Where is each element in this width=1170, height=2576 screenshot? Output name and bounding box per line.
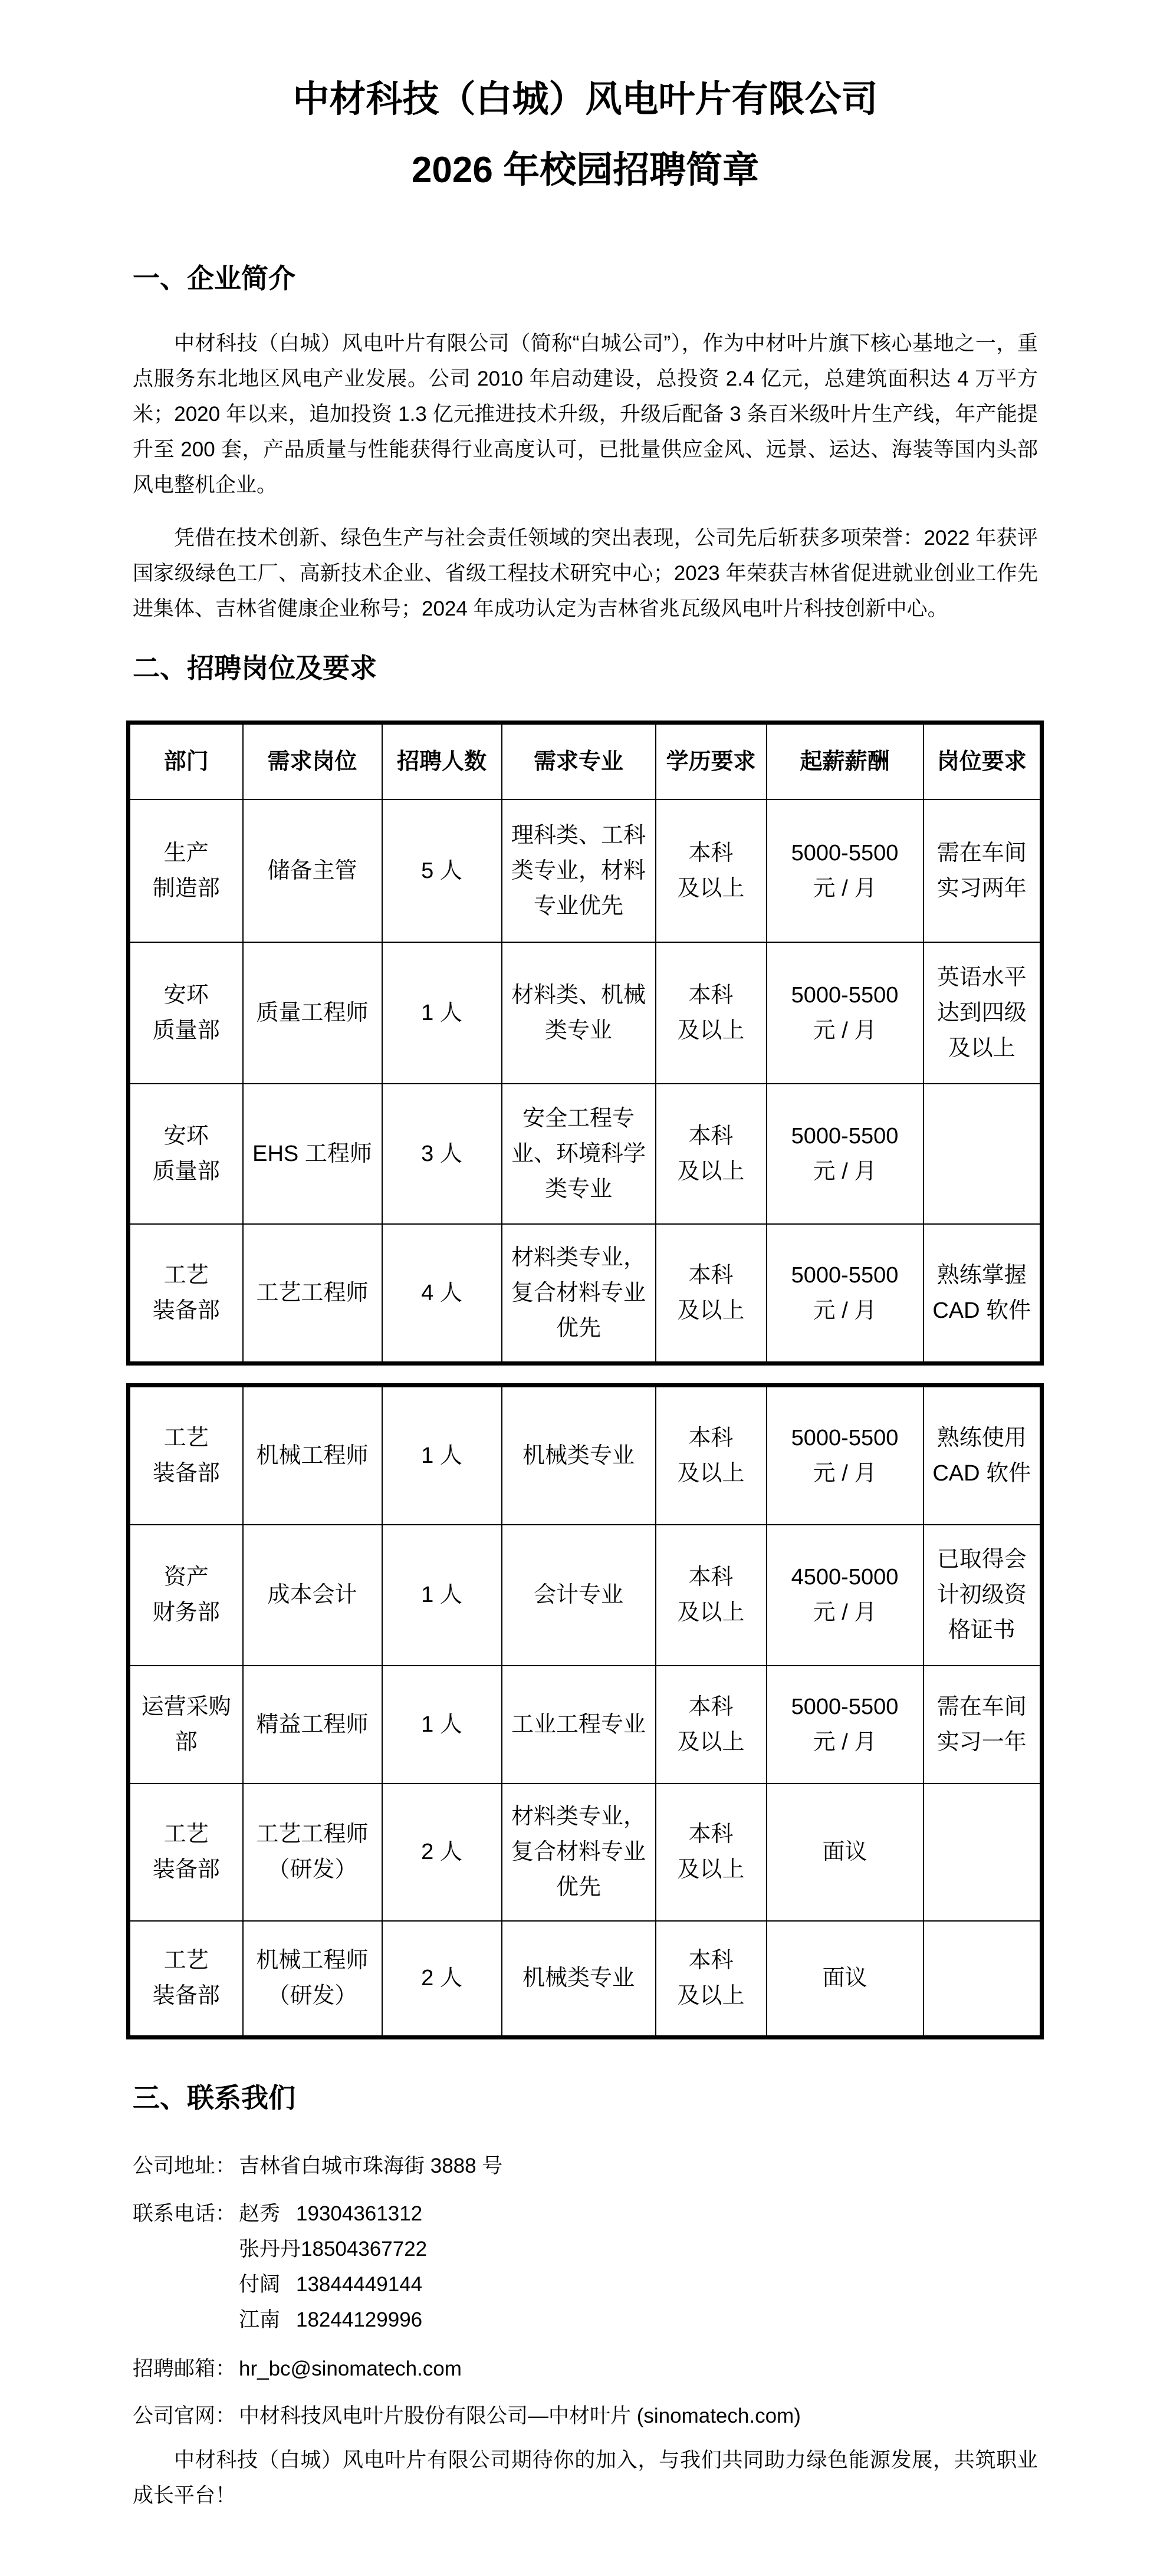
cell-headcount: 5 人 xyxy=(382,800,502,942)
job-row-quality-engineer: 安环 质量部 质量工程师 1 人 材料类、机械类专业 本科 及以上 5000-5… xyxy=(129,942,1042,1084)
contact-phone-number: 18504367722 xyxy=(301,2232,427,2267)
cell-department: 安环 质量部 xyxy=(129,1084,243,1224)
cell-education: 本科 及以上 xyxy=(656,800,767,942)
header-cell-department: 部门 xyxy=(129,723,243,800)
cell-headcount: 3 人 xyxy=(382,1084,502,1224)
cell-education: 本科 及以上 xyxy=(656,1921,767,2038)
phone-label-spacer xyxy=(133,2267,239,2302)
closing-paragraph: 中材科技（白城）风电叶片有限公司期待你的加入，与我们共同助力绿色能源发展，共筑职… xyxy=(133,2443,1038,2514)
cell-salary: 5000-5500 元 / 月 xyxy=(767,800,923,942)
cell-education: 本科 及以上 xyxy=(656,1084,767,1224)
recruitment-email-line: 招聘邮箱： hr_bc@sinomatech.com xyxy=(133,2351,1038,2387)
cell-major: 材料类、机械类专业 xyxy=(502,942,656,1084)
cell-headcount: 1 人 xyxy=(382,942,502,1084)
cell-major: 机械类专业 xyxy=(502,1386,656,1525)
email-label: 招聘邮箱： xyxy=(133,2351,239,2387)
cell-position: 质量工程师 xyxy=(243,942,382,1084)
cell-major: 安全工程专业、环境科学类专业 xyxy=(502,1084,656,1224)
contact-phone-row: 付阔 13844449144 xyxy=(133,2267,1038,2302)
contact-phone-number: 13844449144 xyxy=(296,2267,422,2302)
jobs-table-header-row: 部门 需求岗位 招聘人数 需求专业 学历要求 起薪薪酬 岗位要求 xyxy=(129,723,1042,800)
cell-position: 储备主管 xyxy=(243,800,382,942)
cell-department: 工艺 装备部 xyxy=(129,1784,243,1921)
contact-phone-list: 联系电话： 赵秀 19304361312 张丹丹 18504367722 付阔 … xyxy=(133,2196,1038,2338)
phone-label-spacer xyxy=(133,2302,239,2338)
cell-position: 成本会计 xyxy=(243,1525,382,1666)
contact-phone-row: 联系电话： 赵秀 19304361312 xyxy=(133,2196,1038,2232)
header-cell-headcount: 招聘人数 xyxy=(382,723,502,800)
section-1-heading: 一、企业简介 xyxy=(133,262,1038,295)
section-3-heading: 三、联系我们 xyxy=(133,2081,1038,2114)
cell-salary: 面议 xyxy=(767,1921,923,2038)
cell-headcount: 4 人 xyxy=(382,1224,502,1364)
cell-education: 本科 及以上 xyxy=(656,942,767,1084)
cell-salary: 5000-5500 元 / 月 xyxy=(767,1084,923,1224)
cell-salary: 面议 xyxy=(767,1784,923,1921)
website-label: 公司官网： xyxy=(133,2399,239,2434)
cell-salary: 5000-5500 元 / 月 xyxy=(767,942,923,1084)
phone-label: 联系电话： xyxy=(133,2196,239,2232)
cell-requirement: 英语水平达到四级及以上 xyxy=(923,942,1042,1084)
jobs-table-block-2: 工艺 装备部 机械工程师 1 人 机械类专业 本科 及以上 5000-5500 … xyxy=(126,1383,1044,2039)
cell-headcount: 2 人 xyxy=(382,1784,502,1921)
cell-position: EHS 工程师 xyxy=(243,1084,382,1224)
cell-requirement: 需在车间实习两年 xyxy=(923,800,1042,942)
cell-department: 安环 质量部 xyxy=(129,942,243,1084)
cell-headcount: 1 人 xyxy=(382,1386,502,1525)
job-row-process-engineer: 工艺 装备部 工艺工程师 4 人 材料类专业，复合材料专业优先 本科 及以上 5… xyxy=(129,1224,1042,1364)
cell-department: 工艺 装备部 xyxy=(129,1386,243,1525)
cell-department: 工艺 装备部 xyxy=(129,1921,243,2038)
contact-name: 赵秀 xyxy=(239,2196,296,2232)
job-row-mechanical-engineer-rnd: 工艺 装备部 机械工程师 （研发） 2 人 机械类专业 本科 及以上 面议 xyxy=(129,1921,1042,2038)
cell-position: 机械工程师 （研发） xyxy=(243,1921,382,2038)
job-row-lean-engineer: 运营采购部 精益工程师 1 人 工业工程专业 本科 及以上 5000-5500 … xyxy=(129,1666,1042,1784)
cell-salary: 5000-5500 元 / 月 xyxy=(767,1666,923,1784)
jobs-table-block-1: 部门 需求岗位 招聘人数 需求专业 学历要求 起薪薪酬 岗位要求 生产 制造部 … xyxy=(126,721,1044,1366)
email-value: hr_bc@sinomatech.com xyxy=(239,2351,462,2387)
cell-major: 会计专业 xyxy=(502,1525,656,1666)
cell-headcount: 1 人 xyxy=(382,1666,502,1784)
cell-requirement: 熟练使用 CAD 软件 xyxy=(923,1386,1042,1525)
company-website-line: 公司官网： 中材科技风电叶片股份有限公司—中材叶片 (sinomatech.co… xyxy=(133,2399,1038,2434)
job-row-mechanical-engineer: 工艺 装备部 机械工程师 1 人 机械类专业 本科 及以上 5000-5500 … xyxy=(129,1386,1042,1525)
cell-requirement: 熟练掌握 CAD 软件 xyxy=(923,1224,1042,1364)
contact-phone-row: 江南 18244129996 xyxy=(133,2302,1038,2338)
address-label: 公司地址： xyxy=(133,2149,239,2184)
cell-salary: 5000-5500 元 / 月 xyxy=(767,1224,923,1364)
cell-major: 工业工程专业 xyxy=(502,1666,656,1784)
cell-department: 资产 财务部 xyxy=(129,1525,243,1666)
header-cell-position: 需求岗位 xyxy=(243,723,382,800)
cell-major: 机械类专业 xyxy=(502,1921,656,2038)
cell-salary: 4500-5000 元 / 月 xyxy=(767,1525,923,1666)
header-cell-major: 需求专业 xyxy=(502,723,656,800)
cell-position: 机械工程师 xyxy=(243,1386,382,1525)
doc-title-subtitle: 2026 年校园招聘简章 xyxy=(133,149,1038,192)
cell-requirement xyxy=(923,1784,1042,1921)
cell-major: 材料类专业，复合材料专业优先 xyxy=(502,1784,656,1921)
cell-education: 本科 及以上 xyxy=(656,1525,767,1666)
phone-label-spacer xyxy=(133,2232,239,2267)
cell-requirement: 需在车间实习一年 xyxy=(923,1666,1042,1784)
contact-name: 付阔 xyxy=(239,2267,296,2302)
cell-requirement xyxy=(923,1084,1042,1224)
contact-name: 江南 xyxy=(239,2302,296,2338)
contact-name: 张丹丹 xyxy=(239,2232,301,2267)
section-2-heading: 二、招聘岗位及要求 xyxy=(133,652,1038,685)
doc-title-company: 中材科技（白城）风电叶片有限公司 xyxy=(133,78,1038,121)
cell-education: 本科 及以上 xyxy=(656,1666,767,1784)
cell-department: 运营采购部 xyxy=(129,1666,243,1784)
website-value: 中材科技风电叶片股份有限公司—中材叶片 (sinomatech.com) xyxy=(239,2399,801,2434)
cell-education: 本科 及以上 xyxy=(656,1386,767,1525)
cell-position: 工艺工程师 （研发） xyxy=(243,1784,382,1921)
cell-salary: 5000-5500 元 / 月 xyxy=(767,1386,923,1525)
job-row-ehs-engineer: 安环 质量部 EHS 工程师 3 人 安全工程专业、环境科学类专业 本科 及以上… xyxy=(129,1084,1042,1224)
cell-requirement: 已取得会计初级资格证书 xyxy=(923,1525,1042,1666)
job-row-cost-accountant: 资产 财务部 成本会计 1 人 会计专业 本科 及以上 4500-5000 元 … xyxy=(129,1525,1042,1666)
cell-major: 理科类、工科类专业，材料专业优先 xyxy=(502,800,656,942)
cell-position: 精益工程师 xyxy=(243,1666,382,1784)
company-intro-paragraph-2: 凭借在技术创新、绿色生产与社会责任领域的突出表现，公司先后斩获多项荣誉：2022… xyxy=(133,521,1038,627)
cell-education: 本科 及以上 xyxy=(656,1784,767,1921)
contact-phone-number: 18244129996 xyxy=(296,2302,422,2338)
header-cell-requirement: 岗位要求 xyxy=(923,723,1042,800)
company-address-line: 公司地址： 吉林省白城市珠海街 3888 号 xyxy=(133,2149,1038,2184)
cell-requirement xyxy=(923,1921,1042,2038)
cell-headcount: 1 人 xyxy=(382,1525,502,1666)
cell-department: 生产 制造部 xyxy=(129,800,243,942)
contact-phone-row: 张丹丹 18504367722 xyxy=(133,2232,1038,2267)
contact-phone-number: 19304361312 xyxy=(296,2196,422,2232)
recruitment-notice-page: 中材科技（白城）风电叶片有限公司 2026 年校园招聘简章 一、企业简介 中材科… xyxy=(0,0,1170,2576)
cell-headcount: 2 人 xyxy=(382,1921,502,2038)
cell-position: 工艺工程师 xyxy=(243,1224,382,1364)
job-row-reserve-supervisor: 生产 制造部 储备主管 5 人 理科类、工科类专业，材料专业优先 本科 及以上 … xyxy=(129,800,1042,942)
header-cell-education: 学历要求 xyxy=(656,723,767,800)
header-cell-salary: 起薪薪酬 xyxy=(767,723,923,800)
cell-major: 材料类专业，复合材料专业优先 xyxy=(502,1224,656,1364)
company-intro-paragraph-1: 中材科技（白城）风电叶片有限公司（简称“白城公司”），作为中材叶片旗下核心基地之… xyxy=(133,326,1038,503)
cell-department: 工艺 装备部 xyxy=(129,1224,243,1364)
job-row-process-engineer-rnd: 工艺 装备部 工艺工程师 （研发） 2 人 材料类专业，复合材料专业优先 本科 … xyxy=(129,1784,1042,1921)
address-value: 吉林省白城市珠海街 3888 号 xyxy=(239,2149,502,2184)
cell-education: 本科 及以上 xyxy=(656,1224,767,1364)
